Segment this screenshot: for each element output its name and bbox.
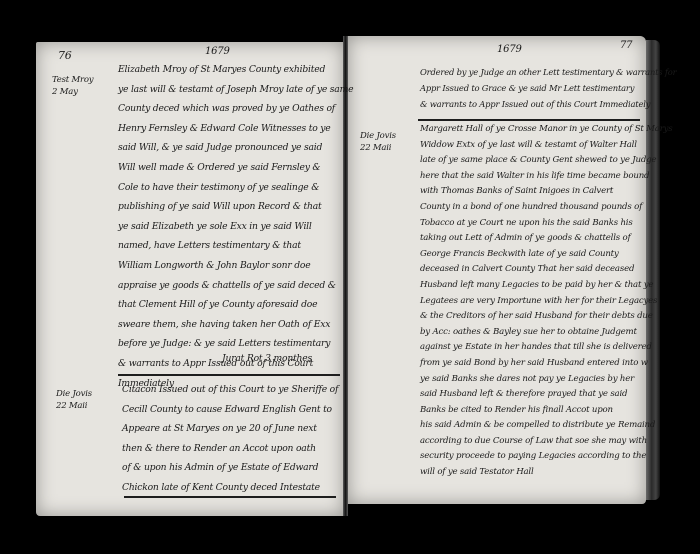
text-line: Elizabeth Mroy of St Maryes County exhib… (118, 60, 353, 80)
text-line: deceased in Calvert County That her said… (420, 262, 672, 278)
text-line: Citacon Issued out of this Court to ye S… (122, 380, 338, 400)
entry-english-citation: Citacon Issued out of this Court to ye S… (122, 380, 338, 498)
page-year: 1679 (497, 44, 522, 55)
text-line: appraise ye goods & chattells of ye said… (118, 276, 353, 296)
text-line: of & upon his Admin of ye Estate of Edwa… (122, 458, 338, 478)
text-line: & warrants to Appr Issued out of this Co… (420, 96, 676, 112)
entry-divider-rule (124, 496, 336, 498)
text-line: Ordered by ye Judge an other Lett testim… (420, 64, 676, 80)
text-line: security proceede to paying Legacies acc… (420, 449, 672, 465)
text-line: named, have Letters testimentary & that (118, 236, 353, 256)
text-line: by Acc: oathes & Bayley sue her to obtai… (420, 325, 672, 341)
text-line: his said Admin & be compelled to distrib… (420, 418, 672, 434)
text-line: late of ye same place & County Gent shew… (420, 153, 672, 169)
closing-note: Jurat Rot 3 monthes (222, 353, 312, 364)
text-line: Chickon late of Kent County deced Intest… (122, 478, 338, 498)
text-line: Appeare at St Maryes on ye 20 of June ne… (122, 419, 338, 439)
folio-number: 76 (58, 50, 72, 62)
text-line: Husband left many Legacies to be paid by… (420, 278, 672, 294)
margin-note-line: Die Jovis (360, 130, 396, 142)
text-line: before ye Judge: & ye said Letters testi… (118, 334, 353, 354)
text-line: County in a bond of one hundred thousand… (420, 200, 672, 216)
text-line: Cole to have their testimony of ye seali… (118, 178, 353, 198)
text-line: William Longworth & John Baylor sonr doe (118, 256, 353, 276)
margin-note-line: 22 Maii (360, 142, 396, 154)
text-line: against ye Estate in her handes that til… (420, 340, 672, 356)
text-line: Margarett Hall of ye Crosse Manor in ye … (420, 122, 672, 138)
text-line: from ye said Bond by her said Husband en… (420, 356, 672, 372)
text-line: County deced which was proved by ye Oath… (118, 99, 353, 119)
text-line: according to due Course of Law that soe … (420, 434, 672, 450)
margin-note-line: Die Jovis (56, 388, 92, 400)
text-line: ye said Elizabeth ye sole Exx in ye said… (118, 217, 353, 237)
page-year: 1679 (205, 46, 230, 57)
text-line: & the Creditors of her said Husband for … (420, 309, 672, 325)
text-line: that Clement Hill of ye County aforesaid… (118, 295, 353, 315)
text-line: will of ye said Testator Hall (420, 465, 672, 481)
margin-note-entry-2: Die Jovis 22 Maii (56, 388, 92, 412)
margin-note-line: 2 May (52, 86, 93, 98)
margin-note-line: 22 Maii (56, 400, 92, 412)
margin-note-entry-1: Test Mroy 2 May (52, 74, 93, 98)
text-line: said Will, & ye said Judge pronounced ye… (118, 138, 353, 158)
text-line: Will well made & Ordered ye said Fernsle… (118, 158, 353, 178)
folio-mark: 77 (620, 40, 632, 51)
entry-continuation: Ordered by ye Judge an other Lett testim… (420, 64, 676, 112)
entry-divider-rule (418, 119, 640, 121)
text-line: ye last will & testamt of Joseph Mroy la… (118, 80, 353, 100)
text-line: taking out Lett of Admin of ye goods & c… (420, 231, 672, 247)
entry-mroy-will: Elizabeth Mroy of St Maryes County exhib… (118, 60, 353, 393)
text-line: with Thomas Banks of Saint Inigoes in Ca… (420, 184, 672, 200)
text-line: Henry Fernsley & Edward Cole Witnesses t… (118, 119, 353, 139)
text-line: Cecill County to cause Edward English Ge… (122, 400, 338, 420)
text-line: here that the said Walter in his life ti… (420, 169, 672, 185)
text-line: Tobacco at ye Court ne upon his the said… (420, 216, 672, 232)
text-line: ye said Banks she dares not pay ye Legac… (420, 372, 672, 388)
text-line: Banks be cited to Render his finall Acco… (420, 403, 672, 419)
margin-note-entry-hall: Die Jovis 22 Maii (360, 130, 396, 154)
text-line: Appr Issued to Grace & ye said Mr Lett t… (420, 80, 676, 96)
text-line: Legatees are very Importune with her for… (420, 294, 672, 310)
text-line: then & there to Render an Accot upon oat… (122, 439, 338, 459)
text-line: sweare them, she having taken her Oath o… (118, 315, 353, 335)
entry-hall-petition: Margarett Hall of ye Crosse Manor in ye … (420, 122, 672, 481)
entry-divider-rule (118, 374, 340, 376)
text-line: publishing of ye said Will upon Record &… (118, 197, 353, 217)
text-line: George Francis Beckwith late of ye said … (420, 247, 672, 263)
text-line: Widdow Extx of ye last will & testamt of… (420, 138, 672, 154)
margin-note-line: Test Mroy (52, 74, 93, 86)
text-line: said Husband left & therefore prayed tha… (420, 387, 672, 403)
